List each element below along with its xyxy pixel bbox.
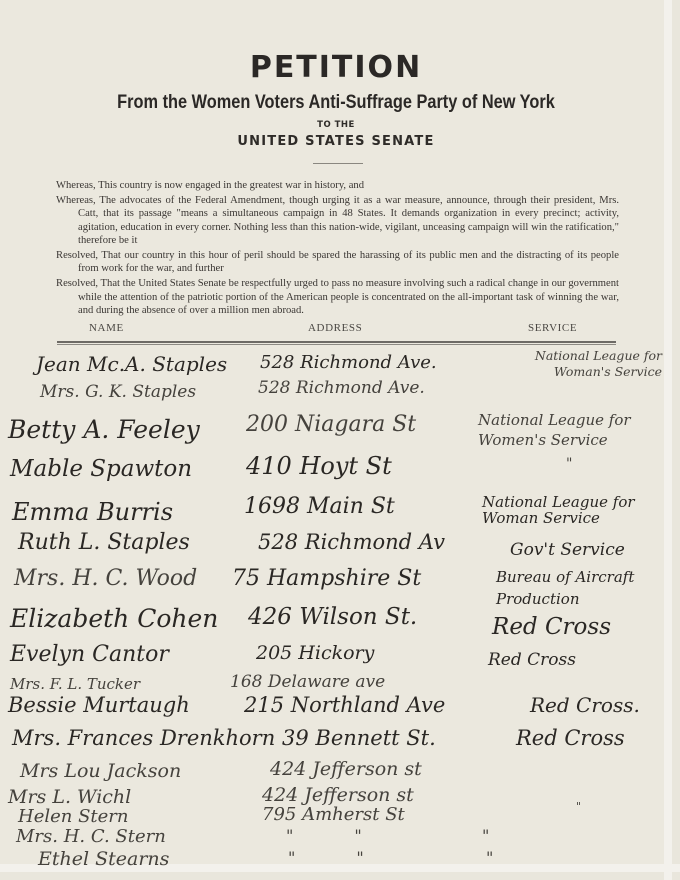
signature-service: "	[566, 456, 572, 472]
whereas-paragraph-2: Whereas, The advocates of the Federal Am…	[56, 194, 619, 247]
signature-name: Mrs. G. K. Staples	[40, 382, 196, 402]
signature-name: Mrs. F. L. Tucker	[10, 675, 140, 693]
resolved-paragraph-2: Resolved, That the United States Senate …	[56, 277, 619, 317]
signature-address: 168 Delaware ave	[230, 672, 385, 692]
title-divider	[313, 163, 363, 164]
document-title: PETITION	[0, 50, 672, 85]
signature-name: Mrs. H. C. Wood	[14, 566, 197, 591]
preamble: Whereas, This country is now engaged in …	[56, 179, 619, 319]
resolved-paragraph-1: Resolved, That our country in this hour …	[56, 249, 619, 275]
column-header-address: ADDRESS	[308, 322, 362, 334]
document-subtitle: From the Women Voters Anti-Suffrage Part…	[47, 92, 625, 114]
signature-service: Gov't Service	[510, 540, 625, 560]
signature-service: National League for Woman Service	[482, 494, 672, 526]
signature-address: " "	[288, 848, 364, 867]
signature-name: Ruth L. Staples	[18, 530, 190, 555]
signature-address: 424 Jefferson st	[270, 758, 422, 780]
signature-service: "	[486, 848, 493, 867]
whereas-paragraph-1: Whereas, This country is now engaged in …	[56, 179, 619, 192]
signature-address: 528 Richmond Ave.	[258, 378, 425, 398]
signature-name: Mrs. H. C. Stern	[16, 826, 166, 847]
signature-address: 75 Hampshire St	[232, 566, 421, 591]
signature-service: National League for Women's Service	[478, 410, 668, 450]
signature-column-headers: NAME ADDRESS SERVICE	[0, 322, 672, 336]
to-the-label: TO THE	[0, 120, 672, 130]
signature-name: Mrs Lou Jackson	[20, 760, 181, 782]
signature-service: Red Cross	[516, 726, 625, 750]
signature-service: Red Cross.	[530, 693, 640, 717]
signature-name: Evelyn Cantor	[10, 642, 169, 667]
signature-name: Mrs L. Wichl	[8, 786, 131, 808]
signature-name: Emma Burris	[12, 498, 173, 526]
column-header-service: SERVICE	[528, 322, 577, 334]
signature-service: Bureau of Aircraft Production	[496, 566, 676, 610]
signature-service: Red Cross	[488, 650, 576, 670]
signature-name: Bessie Murtaugh	[8, 693, 190, 717]
signature-name: Betty A. Feeley	[8, 415, 200, 444]
recipient-label: UNITED STATES SENATE	[0, 134, 672, 149]
signature-address: 410 Hoyt St	[246, 452, 392, 480]
signature-address: 200 Niagara St	[246, 412, 416, 437]
signature-service: National League for Woman's Service	[482, 348, 662, 380]
signature-service: "	[482, 826, 489, 845]
signature-name: Jean Mc.A. Staples	[36, 352, 227, 376]
signature-name: Mable Spawton	[10, 456, 192, 482]
signature-address: 39 Bennett St.	[282, 726, 436, 750]
column-header-name: NAME	[89, 322, 124, 334]
signature-address: 215 Northland Ave	[244, 693, 445, 717]
signature-service: Red Cross	[492, 614, 611, 640]
signature-address: 426 Wilson St.	[248, 604, 417, 630]
signature-name: Ethel Stearns	[38, 848, 169, 870]
signature-address: 528 Richmond Av	[258, 530, 445, 554]
signature-name: Elizabeth Cohen	[10, 604, 218, 633]
signature-address: " "	[286, 826, 362, 845]
signature-address: 424 Jefferson st	[262, 784, 414, 806]
signature-address: 205 Hickory	[256, 642, 374, 664]
signature-name: Helen Stern	[18, 806, 129, 827]
signature-service: "	[576, 800, 581, 813]
petition-page: PETITION From the Women Voters Anti-Suff…	[0, 0, 672, 872]
header-double-rule	[57, 341, 616, 345]
signature-address: 528 Richmond Ave.	[260, 352, 437, 373]
signature-address: 1698 Main St	[244, 494, 395, 519]
signature-address: 795 Amherst St	[262, 804, 405, 825]
signature-name: Mrs. Frances Drenkhorn	[12, 726, 275, 750]
